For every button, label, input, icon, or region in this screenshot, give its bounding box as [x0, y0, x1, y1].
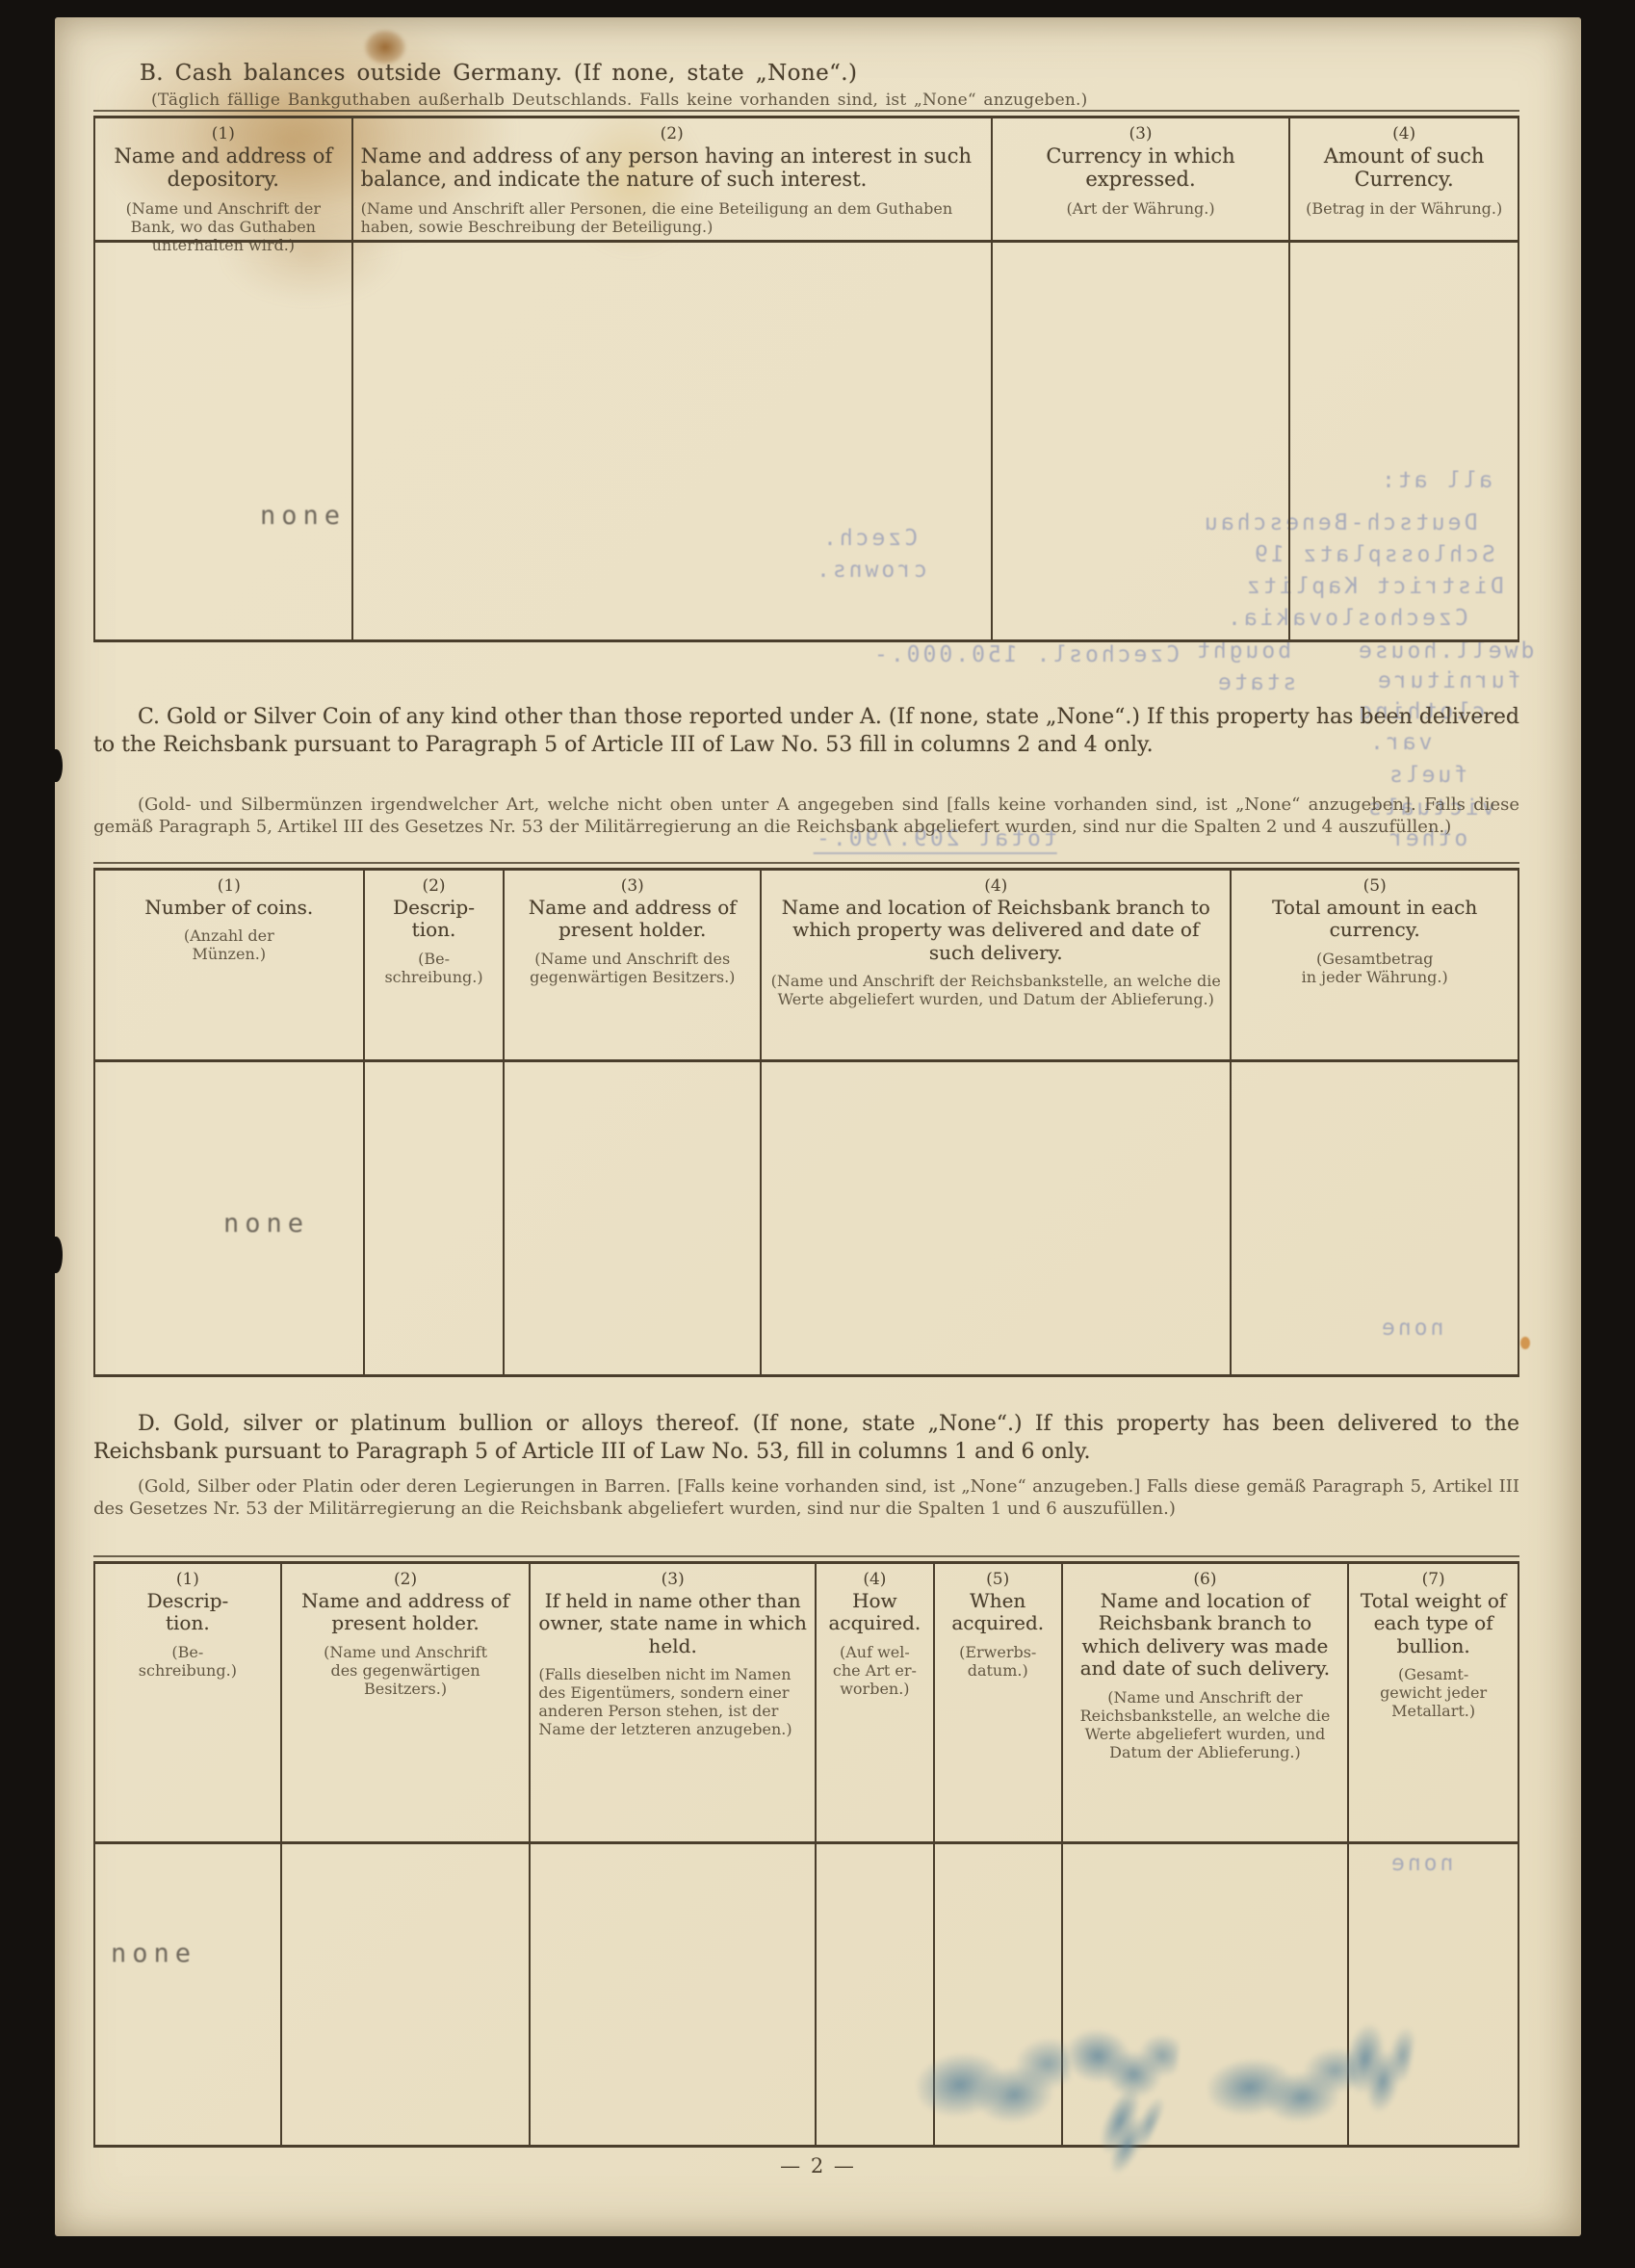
section-b-header: B. Cash balances outside Germany. (If no… — [140, 61, 1087, 110]
page-number: — 2 — — [55, 2154, 1581, 2177]
column-number: (2) — [361, 125, 983, 143]
typed-entry-none: none — [260, 501, 346, 531]
scan-background: all at: Deutsch-Beneschau Schlossplatz 1… — [0, 0, 1635, 2268]
column-title-de: (Name und Anschrift der Reichsbankstelle… — [769, 973, 1222, 1009]
column-number: (1) — [103, 1571, 272, 1589]
typed-entry-none: none — [223, 1209, 309, 1238]
paper-tear — [55, 1237, 63, 1273]
typed-entry-none: none — [111, 1939, 196, 1968]
column-title-en: Currency in which expressed. — [1000, 144, 1282, 193]
column-number: (1) — [103, 125, 344, 143]
table-gold-silver-coin: (1) Number of coins. (Anzahl der Münzen.… — [93, 862, 1519, 1377]
section-b-heading-german: (Täglich fällige Bankguthaben außerhalb … — [151, 91, 1087, 110]
table-cell — [353, 243, 993, 639]
column-number: (4) — [769, 877, 1222, 896]
column-title-de: (Betrag in der Währung.) — [1298, 200, 1510, 219]
column-title-en: If held in name other than owner, state … — [538, 1590, 807, 1658]
table-cell — [1290, 243, 1519, 639]
column-title-en: Name and address of present holder. — [290, 1590, 522, 1635]
bleedthrough-text: furniture — [1375, 668, 1521, 693]
section-d-heading-german: (Gold, Silber oder Platin oder deren Leg… — [93, 1475, 1519, 1520]
table-cell — [817, 1844, 935, 2145]
table-gold-silver-coin-header: (1) Number of coins. (Anzahl der Münzen.… — [93, 868, 1519, 1062]
table-bullion-header: (1) Descrip- tion. (Be- schreibung.) (2)… — [93, 1561, 1519, 1844]
section-c-heading-german: (Gold- und Silbermünzen irgendwelcher Ar… — [93, 794, 1519, 838]
section-d-heading: D. Gold, silver or platinum bullion or a… — [93, 1410, 1519, 1466]
table-cell — [1063, 1844, 1350, 2145]
paper-tear — [55, 749, 63, 782]
column-title-de: (Gesamt- gewicht jeder Metallart.) — [1357, 1666, 1510, 1721]
column-header-description: (1) Descrip- tion. (Be- schreibung.) — [95, 1564, 282, 1841]
column-title-en: Name and address of depository. — [103, 144, 344, 193]
column-title-en: Name and address of any person having an… — [361, 144, 983, 193]
column-header-present-holder: (3) Name and address of present holder. … — [505, 871, 762, 1059]
column-number: (2) — [373, 877, 496, 896]
table-bullion: (1) Descrip- tion. (Be- schreibung.) (2)… — [93, 1555, 1519, 2148]
column-number: (5) — [1239, 877, 1510, 896]
column-header-description: (2) Descrip- tion. (Be- schreibung.) — [365, 871, 506, 1059]
column-number: (5) — [943, 1571, 1053, 1589]
bleedthrough-text: state — [1215, 670, 1296, 695]
column-title-en: Descrip- tion. — [103, 1590, 272, 1635]
column-header-interested-person: (2) Name and address of any person havin… — [353, 118, 993, 240]
column-title-de: (Art der Währung.) — [1000, 200, 1282, 219]
column-title-en: Name and location of Reichsbank branch t… — [1071, 1590, 1340, 1681]
table-cell — [282, 1844, 532, 2145]
table-cell — [95, 1844, 282, 2145]
column-title-en: Name and location of Reichsbank branch t… — [769, 897, 1222, 965]
column-title-de: (Erwerbs- datum.) — [943, 1644, 1053, 1681]
table-cell — [993, 243, 1291, 639]
column-title-de: (Name und Anschrift des gegenwärtigen Be… — [512, 951, 752, 987]
column-header-present-holder: (2) Name and address of present holder. … — [282, 1564, 532, 1841]
table-cell — [1232, 1062, 1519, 1374]
column-header-total-amount: (5) Total amount in each currency. (Gesa… — [1232, 871, 1519, 1059]
column-header-number-of-coins: (1) Number of coins. (Anzahl der Münzen.… — [95, 871, 365, 1059]
table-cash-balances-body: none — [93, 243, 1519, 642]
table-bullion-body: none — [93, 1844, 1519, 2148]
table-cell — [531, 1844, 817, 2145]
column-title-de: (Anzahl der Münzen.) — [103, 927, 355, 964]
table-cash-balances: (1) Name and address of depository. (Nam… — [93, 110, 1519, 642]
column-number: (6) — [1071, 1571, 1340, 1589]
column-title-en: When acquired. — [943, 1590, 1053, 1635]
bleedthrough-text: fuels — [1387, 763, 1467, 788]
column-header-currency: (3) Currency in which expressed. (Art de… — [993, 118, 1291, 240]
column-number: (3) — [1000, 125, 1282, 143]
column-header-total-weight: (7) Total weight of each type of bullion… — [1349, 1564, 1519, 1841]
table-cell — [505, 1062, 762, 1374]
column-title-en: Descrip- tion. — [373, 897, 496, 942]
column-header-held-in-other-name: (3) If held in name other than owner, st… — [531, 1564, 817, 1841]
table-cell — [762, 1062, 1232, 1374]
column-title-de: (Be- schreibung.) — [103, 1644, 272, 1681]
column-title-de: (Name und Anschrift des gegenwärtigen Be… — [290, 1644, 522, 1699]
column-title-en: Total amount in each currency. — [1239, 897, 1510, 942]
column-title-en: How acquired. — [824, 1590, 925, 1635]
column-number: (2) — [290, 1571, 522, 1589]
table-cell — [95, 243, 353, 639]
column-title-en: Name and address of present holder. — [512, 897, 752, 942]
column-title-en: Total weight of each type of bullion. — [1357, 1590, 1510, 1658]
column-title-de: (Auf wel- che Art er- worben.) — [824, 1644, 925, 1699]
table-cash-balances-header: (1) Name and address of depository. (Nam… — [93, 116, 1519, 243]
column-number: (4) — [824, 1571, 925, 1589]
column-number: (7) — [1357, 1571, 1510, 1589]
column-header-how-acquired: (4) How acquired. (Auf wel- che Art er- … — [817, 1564, 935, 1841]
column-header-reichsbank-branch: (4) Name and location of Reichsbank bran… — [762, 871, 1232, 1059]
column-number: (3) — [512, 877, 752, 896]
column-header-when-acquired: (5) When acquired. (Erwerbs- datum.) — [935, 1564, 1063, 1841]
bleedthrough-text: Czechosl. 150.000.- — [871, 642, 1180, 667]
column-title-de: (Name und Anschrift aller Personen, die … — [361, 200, 983, 237]
section-b-heading: B. Cash balances outside Germany. (If no… — [140, 61, 1087, 86]
table-gold-silver-coin-body: none — [93, 1062, 1519, 1377]
column-number: (4) — [1298, 125, 1510, 143]
column-title-de: (Be- schreibung.) — [373, 951, 496, 987]
column-number: (1) — [103, 877, 355, 896]
section-c-heading: C. Gold or Silver Coin of any kind other… — [93, 703, 1519, 759]
document-page: all at: Deutsch-Beneschau Schlossplatz 1… — [55, 17, 1581, 2236]
stain — [1520, 1337, 1530, 1349]
column-title-de: (Gesamtbetrag in jeder Währung.) — [1239, 951, 1510, 987]
column-header-reichsbank-branch: (6) Name and location of Reichsbank bran… — [1063, 1564, 1350, 1841]
table-cell — [935, 1844, 1063, 2145]
column-title-de: (Name und Anschrift der Reichsbankstelle… — [1071, 1689, 1340, 1762]
column-title-en: Number of coins. — [103, 897, 355, 920]
column-header-depository: (1) Name and address of depository. (Nam… — [95, 118, 353, 240]
column-title-de: (Falls dieselben nicht im Namen des Eige… — [538, 1666, 807, 1739]
column-header-amount: (4) Amount of such Currency. (Betrag in … — [1290, 118, 1519, 240]
table-cell — [365, 1062, 506, 1374]
table-cell — [1349, 1844, 1519, 2145]
column-title-en: Amount of such Currency. — [1298, 144, 1510, 193]
column-number: (3) — [538, 1571, 807, 1589]
